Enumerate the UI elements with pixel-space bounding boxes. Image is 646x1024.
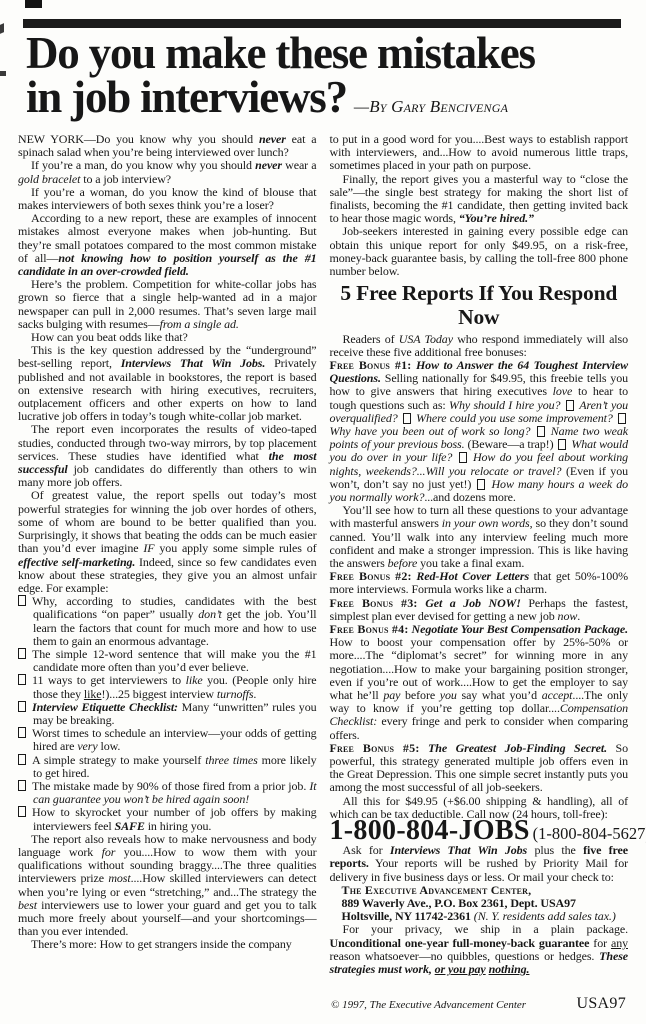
bullet-item: The simple 12-word sentence that will ma…: [18, 648, 317, 674]
checkbox-bullet-icon: [18, 701, 26, 712]
checkbox-bullet-icon: [18, 806, 26, 817]
paragraph: NEW YORK—Do you know why you should neve…: [18, 133, 317, 159]
phone-number-line: 1-800-804-JOBS (1-800-804-5627): [330, 824, 629, 842]
paragraph: Of greatest value, the report spells out…: [18, 489, 317, 595]
checkbox-icon: [459, 452, 467, 463]
paragraph: There’s more: How to get strangers insid…: [18, 938, 317, 951]
byline: —By Gary Bencivenga: [354, 97, 508, 116]
checkbox-icon: [566, 400, 574, 411]
header-rule: [23, 19, 621, 28]
checkbox-icon: [558, 439, 566, 450]
paragraph: For your privacy, we ship in a plain pac…: [330, 923, 629, 976]
checkbox-icon: [537, 426, 545, 437]
checkbox-icon: [477, 479, 485, 490]
bullet-item: The mistake made by 90% of those fired f…: [18, 780, 317, 806]
paragraph: Free Bonus #3: Get a Job NOW! Perhaps th…: [330, 597, 629, 623]
paragraph: The report even incorporates the results…: [18, 423, 317, 489]
headline-line2: in job interviews?: [26, 72, 347, 122]
bullet-item: Interview Etiquette Checklist: Many “unw…: [18, 701, 317, 727]
paragraph: Ask for Interviews That Win Jobs plus th…: [330, 844, 629, 884]
checkbox-bullet-icon: [18, 754, 26, 765]
headline-line1: Do you make these mistakes: [26, 31, 630, 75]
paragraph: Free Bonus #2: Red-Hot Cover Letters tha…: [330, 570, 629, 596]
right-column-mid: Readers of USA Today who respond immedia…: [330, 333, 629, 822]
advertisement-page: Do you make these mistakes in job interv…: [0, 0, 646, 1024]
paragraph: Job-seekers interested in gaining every …: [330, 225, 629, 278]
phone-number-vanity: 1-800-804-JOBS: [330, 815, 530, 846]
headline: Do you make these mistakes in job interv…: [26, 31, 630, 119]
paragraph: If you’re a woman, do you know the kind …: [18, 186, 317, 212]
paragraph: If you’re a man, do you know why you sho…: [18, 159, 317, 185]
paragraph: Finally, the report gives you a masterfu…: [330, 173, 629, 226]
paragraph: to put in a good word for you....Best wa…: [330, 133, 629, 173]
checkbox-icon: [403, 413, 411, 424]
checkbox-bullet-icon: [18, 648, 26, 659]
bullet-item: How to skyrocket your number of job offe…: [18, 806, 317, 832]
key-code: USA97: [576, 995, 626, 1013]
footer-row: © 1997, The Executive Advancement Center…: [331, 995, 626, 1013]
paragraph: The report also reveals how to make nerv…: [18, 833, 317, 939]
left-column: NEW YORK—Do you know why you should neve…: [18, 133, 317, 952]
copyright-notice: © 1997, The Executive Advancement Center: [331, 999, 526, 1011]
paragraph: This is the key question addressed by th…: [18, 344, 317, 423]
bullet-item: A simple strategy to make yourself three…: [18, 754, 317, 780]
checkbox-bullet-icon: [18, 727, 26, 738]
paragraph: Free Bonus #1: How to Answer the 64 Toug…: [330, 359, 629, 504]
print-registration-mark: [25, 0, 42, 8]
page-edge-mark: [0, 71, 6, 76]
right-column-top: to put in a good word for you....Best wa…: [330, 133, 629, 278]
paragraph: Here’s the problem. Competition for whit…: [18, 278, 317, 331]
section-heading: 5 Free Reports If You Respond Now: [330, 282, 629, 329]
paragraph: You’ll see how to turn all these questio…: [330, 504, 629, 570]
bullet-item: Why, according to studies, candidates wi…: [18, 595, 317, 648]
paragraph: According to a new report, these are exa…: [18, 212, 317, 278]
checkbox-bullet-icon: [18, 780, 26, 791]
checkbox-bullet-icon: [18, 674, 26, 685]
right-column: to put in a good word for you....Best wa…: [330, 133, 629, 976]
two-column-body: NEW YORK—Do you know why you should neve…: [18, 133, 628, 976]
bullet-item: 11 ways to get interviewers to like you.…: [18, 674, 317, 700]
headline-line2-row: in job interviews?—By Gary Bencivenga: [26, 75, 630, 119]
right-column-bottom: Ask for Interviews That Win Jobs plus th…: [330, 844, 629, 976]
checkbox-bullet-icon: [18, 595, 26, 606]
phone-number-numeric: (1-800-804-5627): [533, 824, 646, 843]
bullet-item: Worst times to schedule an interview—you…: [18, 727, 317, 753]
page-edge-mark: [0, 23, 4, 34]
checkbox-icon: [618, 413, 626, 424]
paragraph: Free Bonus #4: Negotiate Your Best Compe…: [330, 623, 629, 742]
paragraph: Free Bonus #5: The Greatest Job-Finding …: [330, 742, 629, 795]
paragraph: Readers of USA Today who respond immedia…: [330, 333, 629, 359]
